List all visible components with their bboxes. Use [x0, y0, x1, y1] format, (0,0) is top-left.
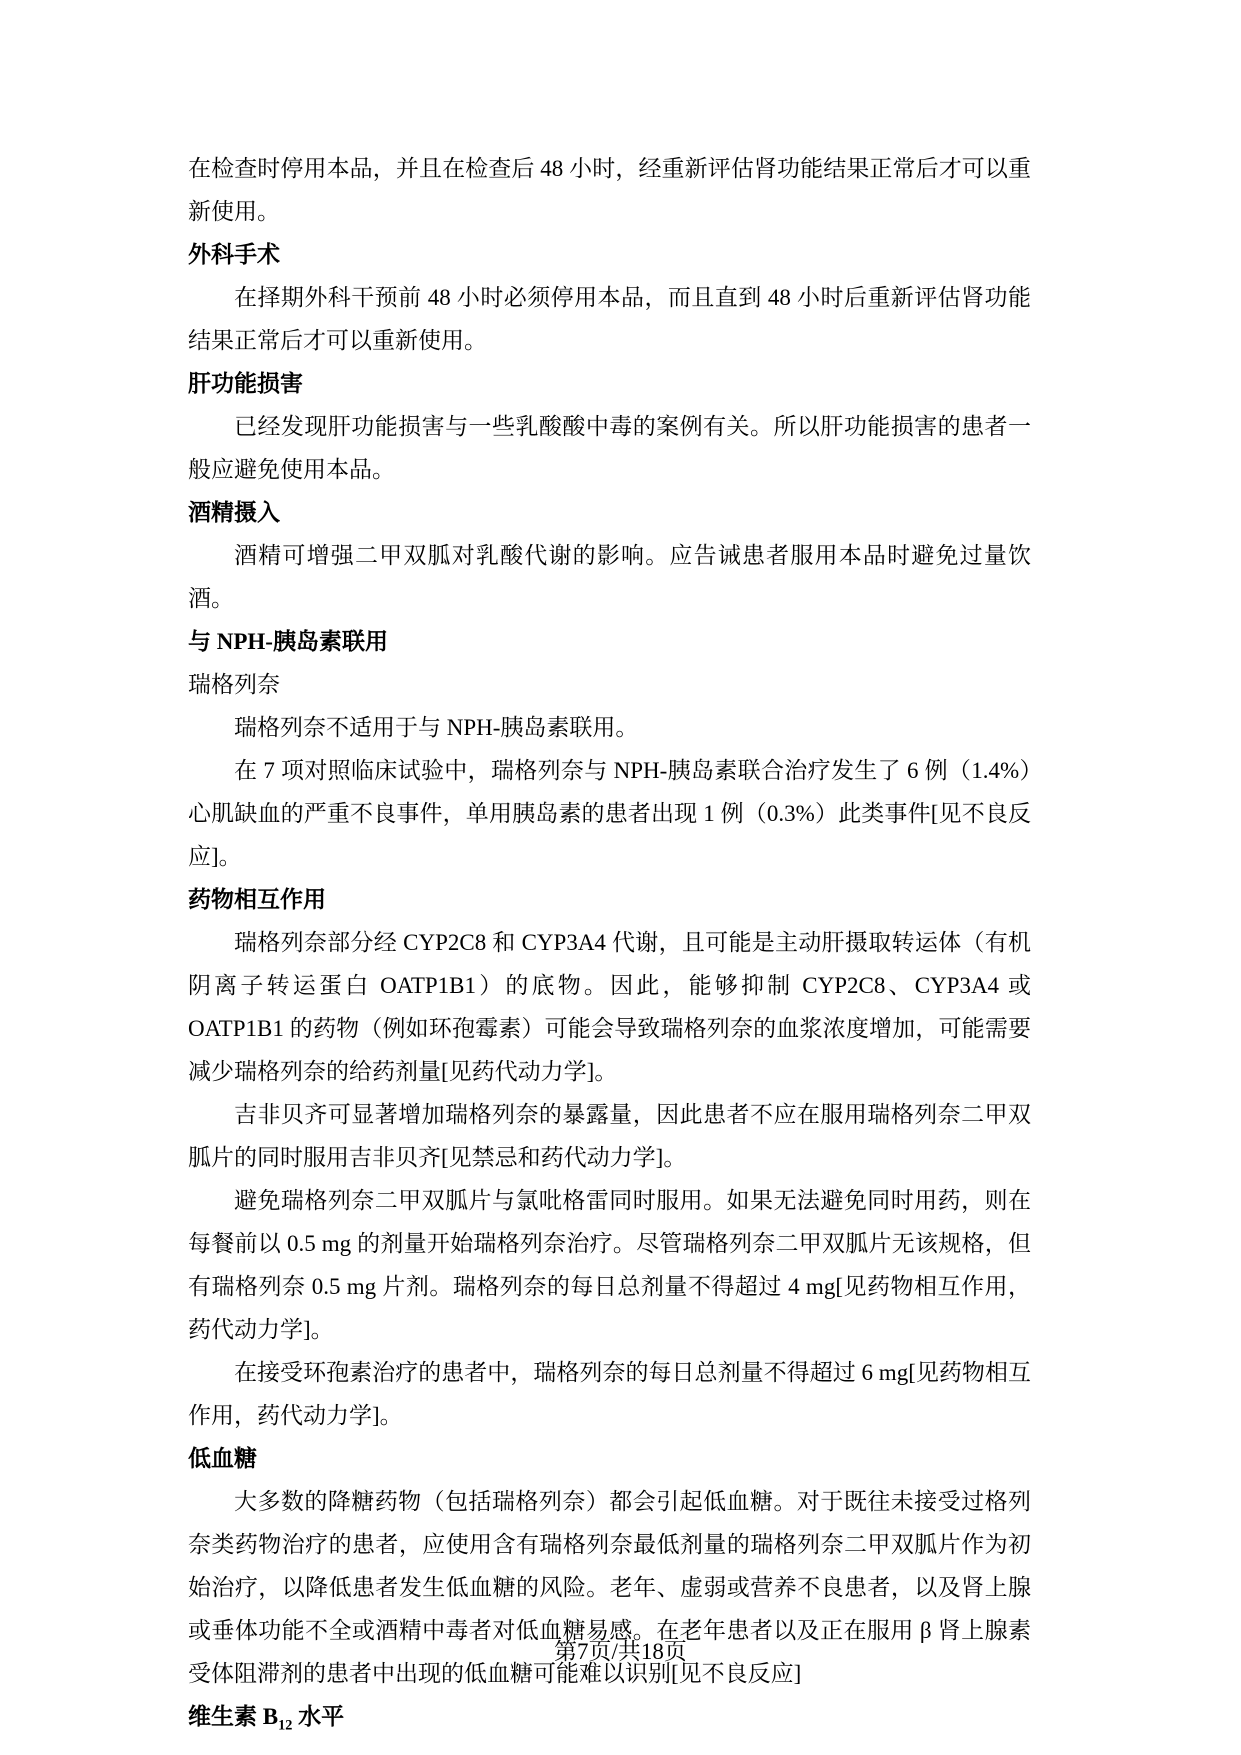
paragraph-nph-insulin-2: 在 7 项对照临床试验中，瑞格列奈与 NPH-胰岛素联合治疗发生了 6 例（1.…	[188, 749, 1031, 878]
heading-nph-insulin: 与 NPH-胰岛素联用	[188, 620, 1031, 663]
document-page: 在检查时停用本品，并且在检查后 48 小时，经重新评估肾功能结果正常后才可以重新…	[0, 0, 1241, 1755]
paragraph-drug-interactions-2: 吉非贝齐可显著增加瑞格列奈的暴露量，因此患者不应在服用瑞格列奈二甲双胍片的同时服…	[188, 1093, 1031, 1179]
heading-alcohol-intake: 酒精摄入	[188, 491, 1031, 534]
page-content: 在检查时停用本品，并且在检查后 48 小时，经重新评估肾功能结果正常后才可以重新…	[188, 147, 1031, 1738]
paragraph-surgery: 在择期外科干预前 48 小时必须停用本品，而且直到 48 小时后重新评估肾功能结…	[188, 276, 1031, 362]
paragraph-alcohol-intake: 酒精可增强二甲双胍对乳酸代谢的影响。应告诫患者服用本品时避免过量饮酒。	[188, 534, 1031, 620]
paragraph-hepatic-impairment: 已经发现肝功能损害与一些乳酸酸中毒的案例有关。所以肝功能损害的患者一般应避免使用…	[188, 405, 1031, 491]
vitamin-b12-subscript: 12	[278, 1718, 292, 1734]
subheading-repaglinide: 瑞格列奈	[188, 663, 1031, 706]
vitamin-b12-prefix: 维生素 B	[188, 1704, 278, 1729]
page-footer: 第7页/共18页	[0, 1637, 1241, 1667]
heading-hypoglycemia: 低血糖	[188, 1437, 1031, 1480]
paragraph-drug-interactions-3: 避免瑞格列奈二甲双胍片与氯吡格雷同时服用。如果无法避免同时用药，则在每餐前以 0…	[188, 1179, 1031, 1351]
paragraph-drug-interactions-1: 瑞格列奈部分经 CYP2C8 和 CYP3A4 代谢，且可能是主动肝摄取转运体（…	[188, 921, 1031, 1093]
paragraph-drug-interactions-4: 在接受环孢素治疗的患者中，瑞格列奈的每日总剂量不得超过 6 mg[见药物相互作用…	[188, 1351, 1031, 1437]
heading-hepatic-impairment: 肝功能损害	[188, 362, 1031, 405]
heading-drug-interactions: 药物相互作用	[188, 878, 1031, 921]
heading-surgery: 外科手术	[188, 233, 1031, 276]
paragraph-renal-recheck-continuation: 在检查时停用本品，并且在检查后 48 小时，经重新评估肾功能结果正常后才可以重新…	[188, 147, 1031, 233]
heading-vitamin-b12-level: 维生素 B12 水平	[188, 1695, 1031, 1738]
paragraph-nph-insulin-1: 瑞格列奈不适用于与 NPH-胰岛素联用。	[188, 706, 1031, 749]
page-number-text: 第7页/共18页	[554, 1639, 687, 1664]
vitamin-b12-suffix: 水平	[292, 1704, 344, 1729]
